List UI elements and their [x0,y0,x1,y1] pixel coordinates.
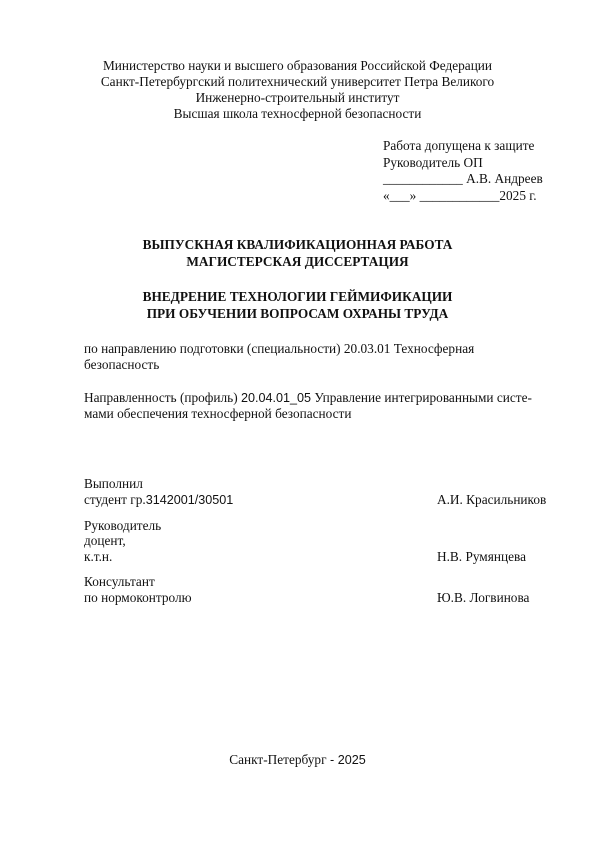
institution-header: Министерство науки и высшего образования… [0,58,595,122]
group-prefix: студент гр. [84,492,146,507]
approval-date-line: «___» ____________2025 г. [383,188,543,205]
profile-line-1: Направленность (профиль) 20.04.01_05 Упр… [84,390,514,406]
direction-line-1: по направлению подготовки (специальности… [84,341,514,357]
day-blank: ___ [390,188,410,203]
performer-label: Выполнил [84,476,143,492]
footer-separator: - [327,753,338,767]
city: Санкт-Петербург [229,752,326,767]
supervisor-name: Н.В. Румянцева [437,549,526,565]
group-number: 3142001/30501 [146,493,234,507]
degree-type: МАГИСТЕРСКАЯ ДИССЕРТАЦИЯ [0,254,595,271]
signature-blank: ____________ [383,171,463,186]
city-year-footer: Санкт-Петербург - 2025 [0,752,595,768]
approval-admitted: Работа допущена к защите [383,138,543,155]
month-blank: ____________ [420,188,500,203]
consultant-name: Ю.В. Логвинова [437,590,529,606]
work-title-block: ВЫПУСКНАЯ КВАЛИФИКАЦИОННАЯ РАБОТА МАГИСТ… [0,237,595,270]
university-line: Санкт-Петербургский политехнический унив… [0,74,595,90]
consultant-label: Консультант [84,574,155,590]
profile-block: Направленность (профиль) 20.04.01_05 Упр… [84,390,514,422]
approval-year: 2025 г. [499,188,536,203]
consultant-role: по нормоконтролю [84,590,192,606]
ministry-line: Министерство науки и высшего образования… [0,58,595,74]
performer-name: А.И. Красильников [437,492,546,508]
institute-line: Инженерно-строительный институт [0,90,595,106]
topic-block: ВНЕДРЕНИЕ ТЕХНОЛОГИИ ГЕЙМИФИКАЦИИ ПРИ ОБ… [0,289,595,322]
close-quote: » [410,188,417,203]
topic-line-2: ПРИ ОБУЧЕНИИ ВОПРОСАМ ОХРАНЫ ТРУДА [0,306,595,323]
topic-line-1: ВНЕДРЕНИЕ ТЕХНОЛОГИИ ГЕЙМИФИКАЦИИ [0,289,595,306]
open-quote: « [383,188,390,203]
profile-prefix: Направленность (профиль) [84,390,241,405]
profile-line-2: мами обеспечения техносферной безопаснос… [84,406,514,422]
supervisor-label: Руководитель [84,518,161,534]
profile-rest: Управление интегрированными систе- [311,390,532,405]
school-line: Высшая школа техносферной безопасности [0,106,595,122]
approver-name: А.В. Андреев [466,171,543,186]
supervisor-position: доцент, [84,533,126,549]
direction-block: по направлению подготовки (специальности… [84,341,514,373]
direction-line-2: безопасность [84,357,514,373]
profile-code: 20.04.01_05 [241,391,311,405]
approval-signature-line: ____________ А.В. Андреев [383,171,543,188]
work-type: ВЫПУСКНАЯ КВАЛИФИКАЦИОННАЯ РАБОТА [0,237,595,254]
footer-year: 2025 [338,753,366,767]
supervisor-degree: к.т.н. [84,549,112,565]
performer-group: студент гр.3142001/30501 [84,492,233,508]
approval-block: Работа допущена к защите Руководитель ОП… [383,138,543,204]
approval-head-title: Руководитель ОП [383,155,543,172]
